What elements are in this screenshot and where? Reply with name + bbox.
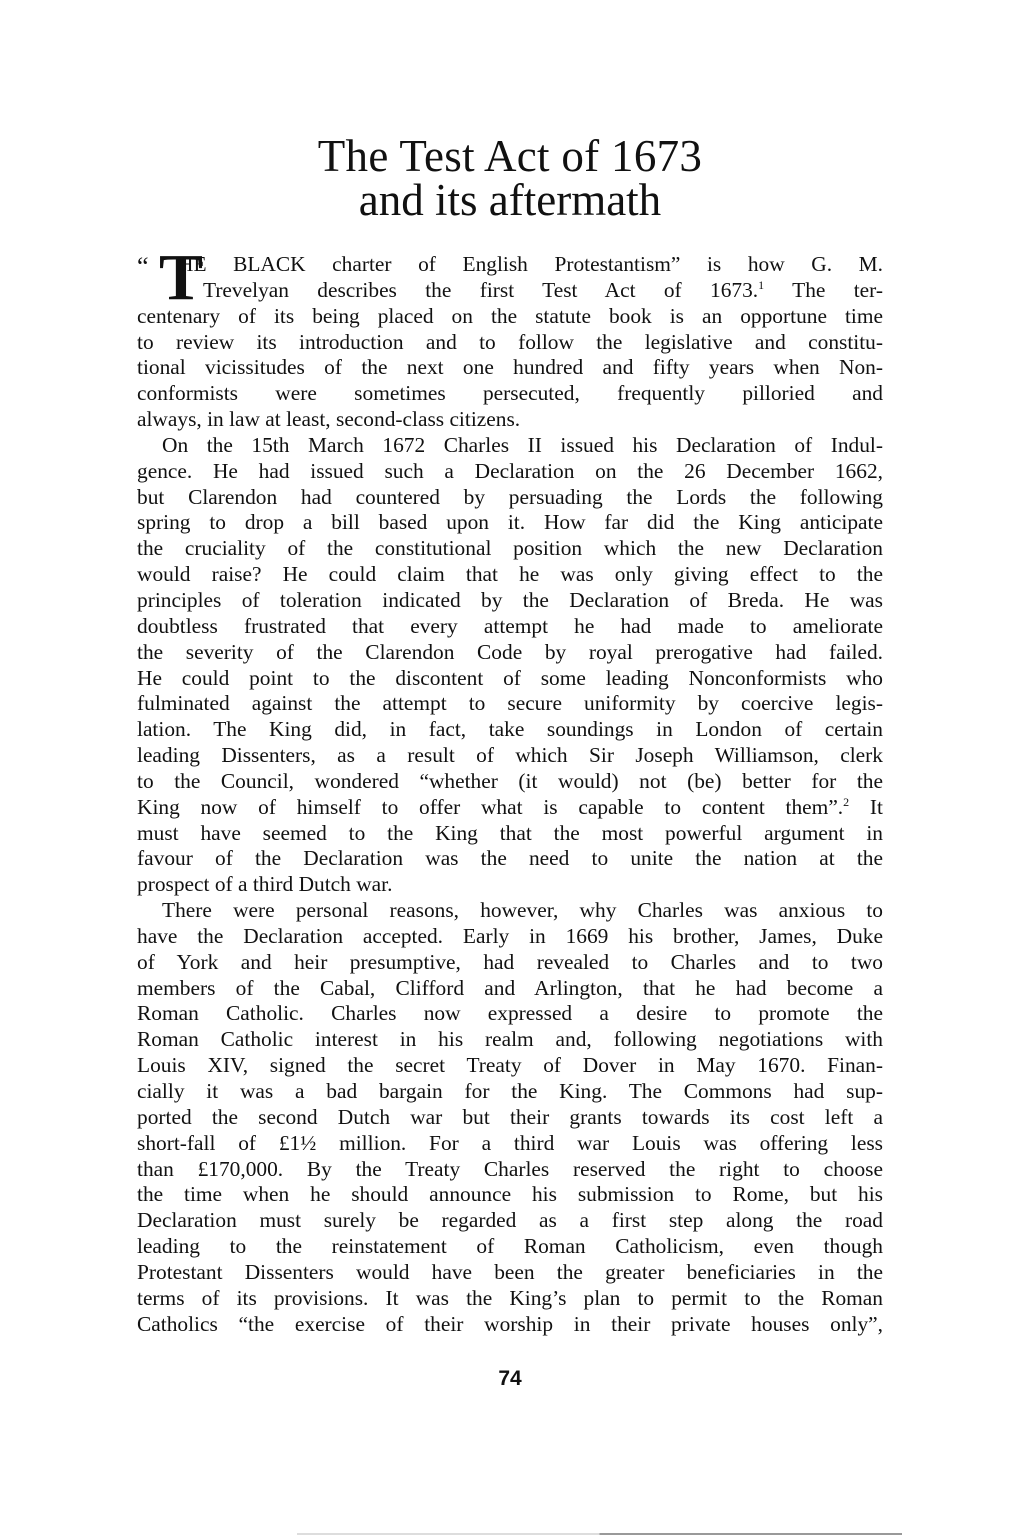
paragraph-1-line-6: conformists were sometimes persecuted, f… bbox=[137, 381, 883, 407]
paragraph-2-line-3: but Clarendon had countered by persuadin… bbox=[137, 485, 883, 511]
paragraph-3-line-3: of York and heir presumptive, had reveal… bbox=[137, 950, 883, 976]
paragraph-2-line-11: fulminated against the attempt to secure… bbox=[137, 691, 883, 717]
paragraph-3-line-10: short-fall of £1½ million. For a third w… bbox=[137, 1131, 883, 1157]
paragraph-1-line-7: always, in law at least, second-class ci… bbox=[137, 407, 883, 433]
paragraph-3-line-1: There were personal reasons, however, wh… bbox=[137, 898, 883, 924]
paragraph-3-line-11: than £170,000. By the Treaty Charles res… bbox=[137, 1157, 883, 1183]
paragraph-1-line-3: centenary of its being placed on the sta… bbox=[137, 304, 883, 330]
paragraph-3-line-9: ported the second Dutch war but their gr… bbox=[137, 1105, 883, 1131]
paragraph-2-line-12: lation. The King did, in fact, take soun… bbox=[137, 717, 883, 743]
paragraph-2-line-2: gence. He had issued such a Declaration … bbox=[137, 459, 883, 485]
paragraph-2-line-9: the severity of the Clarendon Code by ro… bbox=[137, 640, 883, 666]
article-title-line-1: The Test Act of 1673 bbox=[0, 134, 1020, 178]
paragraph-3-line-14: leading to the reinstatement of Roman Ca… bbox=[137, 1234, 883, 1260]
text-run: It bbox=[849, 795, 883, 819]
paragraph-2-line-18: prospect of a third Dutch war. bbox=[137, 872, 883, 898]
paragraph-3-line-12: the time when he should announce his sub… bbox=[137, 1182, 883, 1208]
paragraph-3-line-7: Louis XIV, signed the secret Treaty of D… bbox=[137, 1053, 883, 1079]
paragraph-2-line-13: leading Dissenters, as a result of which… bbox=[137, 743, 883, 769]
paragraph-1-line-4: to review its introduction and to follow… bbox=[137, 330, 883, 356]
paragraph-2-line-16: must have seemed to the King that the mo… bbox=[137, 821, 883, 847]
text-run: King now of himself to offer what is cap… bbox=[137, 795, 843, 819]
article-title-line-2: and its aftermath bbox=[0, 178, 1020, 222]
text-run: The ter- bbox=[764, 278, 883, 302]
page-number: 74 bbox=[0, 1367, 1020, 1391]
paragraph-3-line-4: members of the Cabal, Clifford and Arlin… bbox=[137, 976, 883, 1002]
scan-edge-divider bbox=[297, 1533, 902, 1535]
paragraph-2-line-5: the cruciality of the constitutional pos… bbox=[137, 536, 883, 562]
paragraph-3-line-13: Declaration must surely be regarded as a… bbox=[137, 1208, 883, 1234]
paragraph-2-line-1: On the 15th March 1672 Charles II issued… bbox=[137, 433, 883, 459]
paragraph-3-line-6: Roman Catholic interest in his realm and… bbox=[137, 1027, 883, 1053]
paragraph-3-line-8: cially it was a bad bargain for the King… bbox=[137, 1079, 883, 1105]
paragraph-2-line-8: doubtless frustrated that every attempt … bbox=[137, 614, 883, 640]
paragraph-1-line-2: Trevelyan describes the first Test Act o… bbox=[137, 278, 883, 304]
paragraph-2-line-17: favour of the Declaration was the need t… bbox=[137, 846, 883, 872]
paragraph-2-line-4: spring to drop a bill based upon it. How… bbox=[137, 510, 883, 536]
paragraph-3-line-5: Roman Catholic. Charles now expressed a … bbox=[137, 1001, 883, 1027]
paragraph-2-line-7: principles of toleration indicated by th… bbox=[137, 588, 883, 614]
paragraph-3-line-17: Catholics “the exercise of their worship… bbox=[137, 1312, 883, 1338]
paragraph-3-line-16: terms of its provisions. It was the King… bbox=[137, 1286, 883, 1312]
paragraph-1-line-5: tional vicissitudes of the next one hund… bbox=[137, 355, 883, 381]
paragraph-2-line-15: King now of himself to offer what is cap… bbox=[137, 795, 883, 821]
paragraph-3-line-15: Protestant Dissenters would have been th… bbox=[137, 1260, 883, 1286]
paragraph-3-line-2: have the Declaration accepted. Early in … bbox=[137, 924, 883, 950]
paragraph-2-line-10: He could point to the discontent of some… bbox=[137, 666, 883, 692]
paragraph-2-line-6: would raise? He could claim that he was … bbox=[137, 562, 883, 588]
text-run: Trevelyan describes the first Test Act o… bbox=[203, 278, 758, 302]
article-body: Trevelyan describes the first Test Act o… bbox=[137, 252, 883, 1337]
paragraph-2-line-14: to the Council, wondered “whether (it wo… bbox=[137, 769, 883, 795]
